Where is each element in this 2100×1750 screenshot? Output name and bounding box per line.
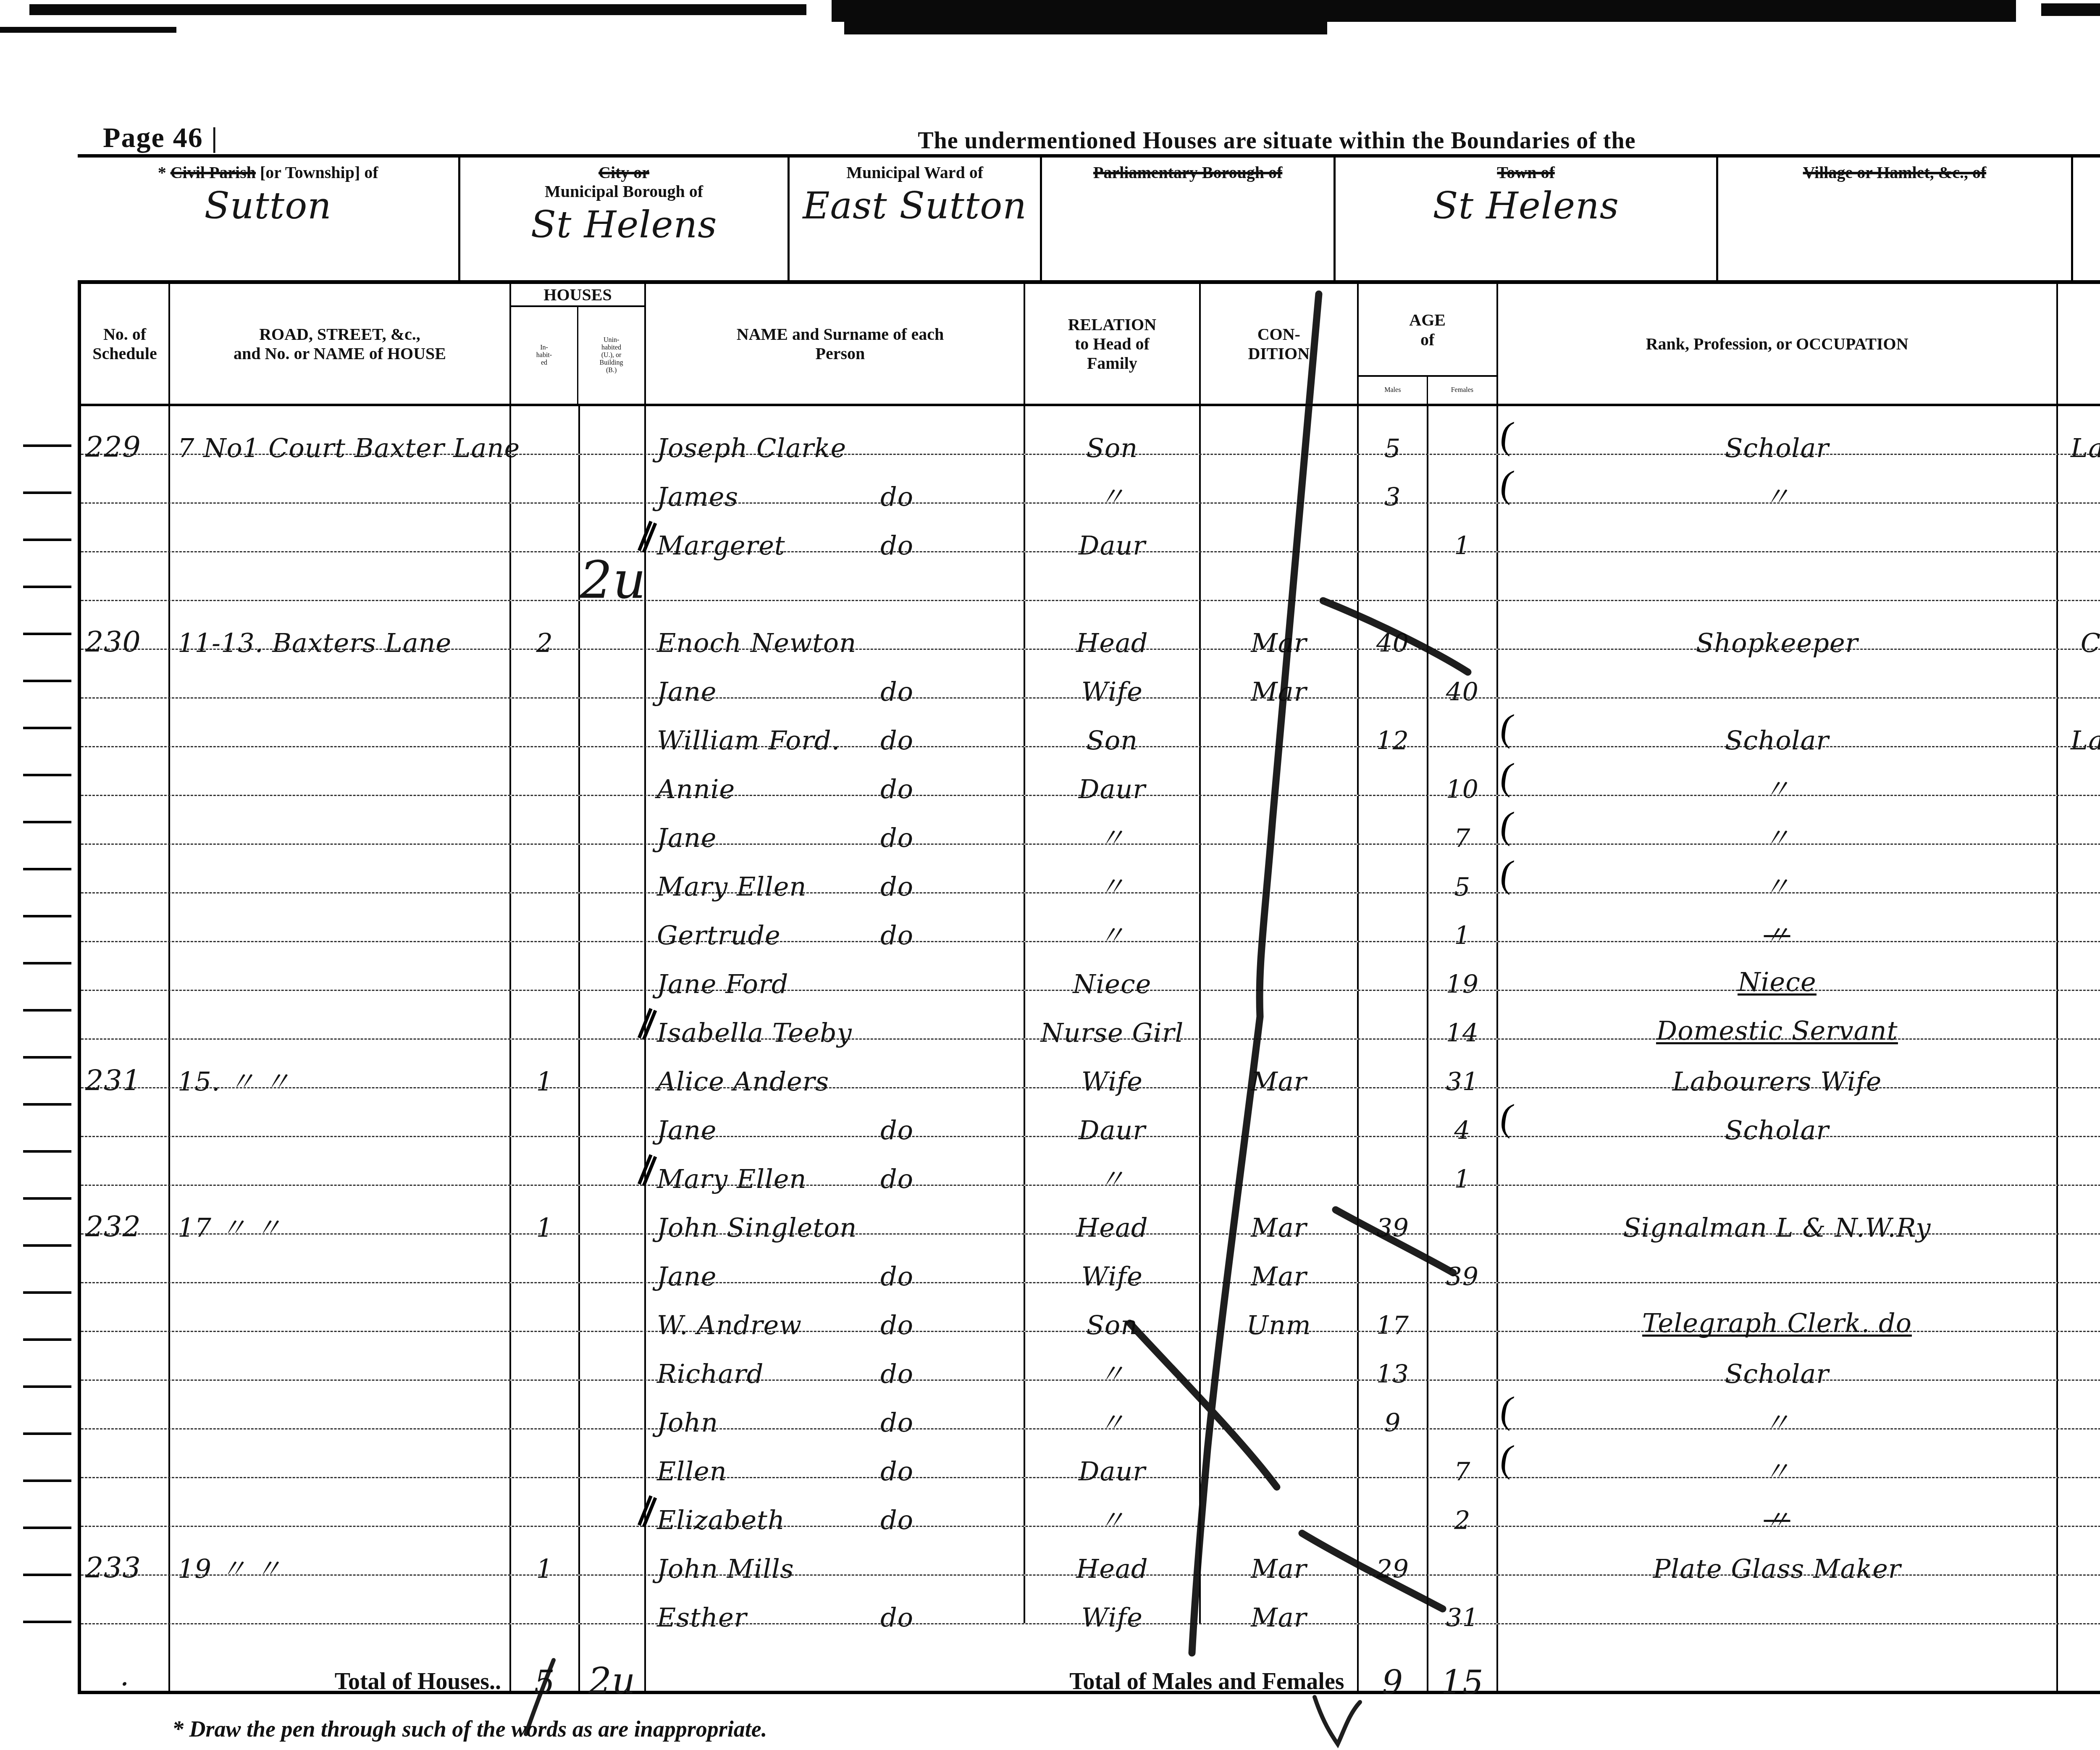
where-born-cell: 〃〃 [2058,455,2100,502]
inhabited-cell: 2 [511,601,580,649]
occupation-cell: (〃 [1498,455,2058,502]
relation-cell: Wife [1025,1576,1201,1623]
age-male-cell: 40 [1359,601,1429,649]
table-row: JanedoWifeMar39〃Birtle [81,1235,2100,1283]
schedule-cell [81,942,170,990]
enumerator-tick-mark: ( [1497,1094,1516,1140]
where-born-cell: 〃Warrington [2058,942,2100,990]
condition-cell: Mar [1201,1040,1359,1087]
scan-artifact [0,27,176,33]
scan-artifact [844,20,1327,34]
road-cell [170,504,511,551]
condition-cell: Mar [1201,1527,1359,1574]
census-page-scan: ▼ ▼ Page 46 | The undermentioned Houses … [0,0,2100,1750]
schedule-cell [81,455,170,502]
where-born-cell: 〃〃 [2058,1088,2100,1136]
age-female-cell [1428,406,1498,454]
uninhabited-cell [580,1381,646,1428]
inhabited-cell [511,455,580,502]
relation-cell: 〃 [1025,455,1201,502]
road-cell: 7 No1 Court Baxter Lane [170,406,511,454]
inhabited-cell [511,991,580,1038]
condition-cell [1201,845,1359,892]
relation-cell: Son [1025,699,1201,746]
uninhabited-cell [580,455,646,502]
age-male-cell [1359,1478,1429,1526]
condition-cell [1201,1137,1359,1185]
uninhabited-cell [580,747,646,795]
occupation-cell: Domestic Servant [1498,991,2058,1038]
schedule-cell [81,991,170,1038]
table-row: 23011-13. Baxters Lane2Enoch NewtonHeadM… [81,601,2100,650]
relation-cell: Wife [1025,1040,1201,1087]
relation-cell: Daur [1025,504,1201,551]
relation-cell: Daur [1025,1088,1201,1136]
road-cell [170,1429,511,1477]
table-row: Jamesdo〃3(〃〃〃 [81,455,2100,504]
age-male-cell: 3 [1359,455,1429,502]
road-cell [170,1235,511,1282]
age-male-cell: 39 [1359,1186,1429,1233]
census-form: Page 46 | The undermentioned Houses are … [78,99,2100,1742]
inhabited-cell [511,942,580,990]
table-row: William Ford.doSon12(ScholarLancashireLi… [81,699,2100,747]
inhabited-cell [511,796,580,843]
schedule-cell [81,1429,170,1477]
col-header-name: NAME and Surname of each Person [646,284,1025,404]
inhabited-cell [511,845,580,892]
road-cell [170,747,511,795]
schedule-cell: 231 [81,1040,170,1087]
uninhabited-cell [580,1186,646,1233]
col-header-relation: RELATION to Head of Family [1025,284,1201,404]
age-female-cell [1428,601,1498,649]
occupation-cell: 〃 [1498,1478,2058,1526]
relation-cell: 〃 [1025,1478,1201,1526]
age-male-cell [1359,747,1429,795]
location-box-label: Town of [1497,163,1554,182]
age-male-cell [1359,1088,1429,1136]
where-born-cell: CheshirePlumbly [2058,601,2100,649]
uninhabited-cell [580,650,646,697]
where-born-cell [2058,552,2100,600]
where-born-cell: 〃〃 [2058,504,2100,551]
condition-cell: Mar [1201,1235,1359,1282]
where-born-cell: 〃〃 [2058,845,2100,892]
schedule-cell: 229 [81,406,170,454]
uninhabited-cell [580,942,646,990]
where-born-cell: 〃Birtle [2058,1235,2100,1282]
age-male-cell [1359,1137,1429,1185]
age-female-cell: 39 [1428,1235,1498,1282]
age-male-cell [1359,650,1429,697]
totals-females: 15 [1428,1624,1498,1691]
uninhabited-cell [580,796,646,843]
enumerator-tick-mark: ( [1497,801,1516,847]
age-female-cell [1428,699,1498,746]
col-header-condition: CON- DITION [1201,284,1359,404]
schedule-cell [81,796,170,843]
inhabited-cell [511,1235,580,1282]
where-born-cell: 〃Windle [2058,1040,2100,1087]
condition-cell [1201,1478,1359,1526]
road-cell [170,1283,511,1331]
schedule-cell [81,552,170,600]
name-cell: ∥Mary Ellendo [646,1137,1025,1185]
road-cell [170,1332,511,1380]
location-box-value: St Helens [531,203,717,246]
name-cell: Richarddo [646,1332,1025,1380]
road-cell: 19 〃 〃 [170,1527,511,1574]
scan-artifact [29,4,806,15]
road-cell [170,455,511,502]
name-cell: Janedo [646,796,1025,843]
table-row: 23217 〃 〃1John SingletonHeadMar39Signalm… [81,1186,2100,1235]
occupation-cell [1498,552,2058,600]
inhabited-cell [511,1283,580,1331]
where-born-cell: 〃Sutton [2058,747,2100,795]
name-cell: ∥Margeretdo [646,504,1025,551]
uninhabited-cell [580,699,646,746]
occupation-cell [1498,1137,2058,1185]
table-row: JanedoDaur4(Scholar〃〃 [81,1088,2100,1137]
condition-cell [1201,796,1359,843]
inhabited-cell [511,893,580,941]
schedule-cell [81,504,170,551]
location-box-label: City or [598,163,649,182]
schedule-cell [81,699,170,746]
name-cell: Alice Anders [646,1040,1025,1087]
occupation-cell: 〃 [1498,893,2058,941]
where-born-cell: 〃Preston [2058,1332,2100,1380]
road-cell [170,1576,511,1623]
inhabited-cell [511,699,580,746]
name-cell: John Singleton [646,1186,1025,1233]
relation-cell: 〃 [1025,893,1201,941]
uninhabited-cell [580,893,646,941]
where-born-cell: 〃〃 [2058,1576,2100,1623]
schedule-cell [81,845,170,892]
road-cell [170,796,511,843]
occupation-cell: (〃 [1498,845,2058,892]
schedule-cell [81,1137,170,1185]
name-cell: Ellendo [646,1429,1025,1477]
name-cell: ∥Elizabethdo [646,1478,1025,1526]
location-box-label: [or Township] of [256,163,378,182]
location-box-5: Village or Hamlet, &c., of [1718,158,2073,280]
location-box-value: St Helens [1433,184,1619,227]
col-header-inhabited: In- habit- ed [511,307,578,404]
col-header-road: ROAD, STREET, &c., and No. or NAME of HO… [170,284,511,404]
occupation-cell [1498,1235,2058,1282]
occupation-cell [1498,650,2058,697]
relation-cell: Son [1025,406,1201,454]
name-cell: Jane Ford [646,942,1025,990]
totals-empty-born [2058,1624,2100,1691]
table-row: Richarddo〃13Scholar〃Preston [81,1332,2100,1381]
road-cell: 15. 〃 〃 [170,1040,511,1087]
col-header-males: Males [1359,377,1428,404]
enumerator-tick-mark: ( [1497,1435,1516,1481]
uninhabited-cell [580,1088,646,1136]
schedule-cell [81,1381,170,1428]
schedule-cell [81,747,170,795]
relation-cell: Niece [1025,942,1201,990]
age-male-cell: 5 [1359,406,1429,454]
name-cell: Gertrudedo [646,893,1025,941]
relation-cell: Wife [1025,650,1201,697]
age-female-cell: 1 [1428,1137,1498,1185]
occupation-cell: (〃 [1498,796,2058,843]
uninhabited-cell [580,1429,646,1477]
uninhabited-cell [580,406,646,454]
name-cell: W. Andrewdo [646,1283,1025,1331]
age-female-cell: 1 [1428,893,1498,941]
location-box-label: Village or Hamlet, &c., of [1803,163,1987,182]
where-born-cell: 〃Sutton [2058,1429,2100,1477]
condition-cell [1201,1429,1359,1477]
relation-cell: 〃 [1025,1137,1201,1185]
binding-stubs [23,400,71,1656]
inhabited-cell [511,552,580,600]
uninhabited-cell [580,1283,646,1331]
location-box-value: Sutton [204,184,331,227]
road-cell: 17 〃 〃 [170,1186,511,1233]
inhabited-cell: 1 [511,1186,580,1233]
relation-cell: Head [1025,1186,1201,1233]
inhabited-cell [511,1429,580,1477]
table-row: Gertrudedo〃1〃〃〃 [81,893,2100,942]
enumerator-tick-mark: ( [1497,850,1516,896]
schedule-cell: 230 [81,601,170,649]
table-header-row: No. of Schedule ROAD, STREET, &c., and N… [81,284,2100,406]
road-cell [170,991,511,1038]
condition-cell [1201,504,1359,551]
age-female-cell [1428,455,1498,502]
occupation-cell [1498,504,2058,551]
name-cell: Janedo [646,650,1025,697]
road-cell [170,1478,511,1526]
table-row: Jane FordNiece19Niece〃Warrington [81,942,2100,991]
location-box-0: * Civil Parish [or Township] ofSutton [78,158,460,280]
enumeration-table: No. of Schedule ROAD, STREET, &c., and N… [78,280,2100,1694]
where-born-cell: 〃Lea Green. Preston [2058,1283,2100,1331]
relation-cell: 〃 [1025,1332,1201,1380]
condition-cell [1201,552,1359,600]
condition-cell [1201,893,1359,941]
inhabited-cell [511,406,580,454]
relation-cell: 〃 [1025,796,1201,843]
uninhabited-cell: 2u [580,552,646,600]
enumerator-tick-mark: ( [1497,460,1516,506]
occupation-cell: (〃 [1498,1429,2058,1477]
totals-empty-occupation [1498,1624,2058,1691]
condition-cell [1201,699,1359,746]
condition-cell [1201,1332,1359,1380]
location-box-1: City orMunicipal Borough ofSt Helens [460,158,790,280]
where-born-cell: 〃Struing Nr Preston [2058,1186,2100,1233]
col-header-females: Females [1428,377,1496,404]
road-cell [170,650,511,697]
occupation-cell: Signalman L & N.W.Ry [1498,1186,2058,1233]
condition-cell [1201,1088,1359,1136]
age-male-cell [1359,942,1429,990]
age-female-cell: 2 [1428,1478,1498,1526]
name-cell: Enoch Newton [646,601,1025,649]
road-cell [170,1137,511,1185]
relation-cell: 〃 [1025,845,1201,892]
location-box-3: Parliamentary Borough of [1042,158,1336,280]
location-header-band: * Civil Parish [or Township] ofSuttonCit… [78,154,2100,280]
location-box-label: Parliamentary Borough of [1093,163,1282,182]
inhabited-cell [511,747,580,795]
scan-artifact [832,0,2016,22]
age-female-cell: 31 [1428,1040,1498,1087]
age-female-cell: 40 [1428,650,1498,697]
relation-cell: Wife [1025,1235,1201,1282]
age-female-cell [1428,1283,1498,1331]
schedule-cell [81,1576,170,1623]
uninhabited-cell [580,1332,646,1380]
condition-cell [1201,747,1359,795]
relation-cell: Daur [1025,1429,1201,1477]
where-born-cell: 〃Sutton [2058,1137,2100,1185]
age-male-cell: 12 [1359,699,1429,746]
where-born-cell: 〃〃 [2058,893,2100,941]
col-header-schedule: No. of Schedule [81,284,170,404]
totals-males: 9 [1359,1624,1429,1691]
occupation-cell [1498,1576,2058,1623]
enumerator-tick-mark: ( [1497,1386,1516,1432]
page-number: Page 46 | [103,121,218,154]
form-title-row: Page 46 | The undermentioned Houses are … [78,99,2100,154]
relation-cell [1025,552,1201,600]
schedule-cell: 232 [81,1186,170,1233]
inhabited-cell [511,650,580,697]
condition-cell [1201,942,1359,990]
where-born-cell: LancashireSutton [2058,406,2100,454]
location-box-label: Municipal Borough of [545,182,703,201]
age-female-cell: 10 [1428,747,1498,795]
road-cell [170,893,511,941]
road-cell [170,699,511,746]
totals-houses-label: Total of Houses.. [170,1624,511,1691]
age-male-cell [1359,796,1429,843]
form-title: The undermentioned Houses are situate wi… [218,127,2100,154]
inhabited-cell [511,1332,580,1380]
schedule-cell [81,1478,170,1526]
road-cell [170,1381,511,1428]
name-cell: Estherdo [646,1576,1025,1623]
age-male-cell [1359,1429,1429,1477]
relation-cell: Head [1025,1527,1201,1574]
occupation-cell: Shopkeeper [1498,601,2058,649]
schedule-cell: 233 [81,1527,170,1574]
col-header-uninhabited: Unin- habited (U.), or Building (B.) [578,307,644,404]
enumerator-tick-mark: ( [1497,412,1516,457]
table-row: ∥Mary Ellendo〃1〃Sutton [81,1137,2100,1186]
road-cell [170,552,511,600]
table-body: 2297 No1 Court Baxter LaneJoseph ClarkeS… [81,406,2100,1624]
where-born-cell: 〃〃 [2058,1478,2100,1526]
where-born-cell: 〃Latchford [2058,650,2100,697]
age-male-cell [1359,1040,1429,1087]
inhabited-cell [511,1137,580,1185]
location-box-value: East Sutton [803,184,1027,227]
col-header-occupation: Rank, Profession, or OCCUPATION [1498,284,2058,404]
totals-inhabited: 5 [511,1624,580,1691]
inhabited-cell: 1 [511,1040,580,1087]
totals-schedule-cell: · [81,1624,170,1691]
relation-cell: Son [1025,1283,1201,1331]
age-female-cell: 5 [1428,845,1498,892]
age-female-cell [1428,1381,1498,1428]
relation-cell: Head [1025,601,1201,649]
condition-cell [1201,1381,1359,1428]
inhabited-cell: 1 [511,1527,580,1574]
occupation-cell: (〃 [1498,1381,2058,1428]
age-female-cell: 4 [1428,1088,1498,1136]
location-box-label: * [158,163,171,182]
inhabited-cell [511,1478,580,1526]
schedule-cell [81,1088,170,1136]
name-cell: John Mills [646,1527,1025,1574]
occupation-cell: Niece [1498,942,2058,990]
footnote: * Draw the pen through such of the words… [172,1716,2100,1742]
inhabited-cell [511,504,580,551]
table-row: AnniedoDaur10(〃〃Sutton [81,747,2100,796]
condition-cell: Mar [1201,1186,1359,1233]
age-female-cell: 7 [1428,796,1498,843]
condition-cell: Mar [1201,601,1359,649]
schedule-cell [81,1332,170,1380]
uninhabited-cell [580,845,646,892]
age-male-cell: 13 [1359,1332,1429,1380]
condition-cell: Mar [1201,1576,1359,1623]
table-row: W. AndrewdoSonUnm17Telegraph Clerk. do〃L… [81,1283,2100,1332]
uninhabited-cell [580,1235,646,1282]
uninhabited-cell [580,1527,646,1574]
table-row: Janedo〃7(〃〃〃 [81,796,2100,845]
location-box-2: Municipal Ward ofEast Sutton [790,158,1042,280]
schedule-cell [81,1283,170,1331]
totals-uninhabited: 2u [580,1624,646,1691]
table-row: Mary Ellendo〃5(〃〃〃 [81,845,2100,893]
road-cell [170,942,511,990]
road-cell: 11-13. Baxters Lane [170,601,511,649]
age-female-cell [1428,552,1498,600]
col-header-age: AGE of Males Females [1359,284,1498,404]
occupation-cell: (Scholar [1498,406,2058,454]
age-male-cell [1359,504,1429,551]
age-female-cell [1428,1332,1498,1380]
name-cell: Janedo [646,1088,1025,1136]
name-cell: Johndo [646,1381,1025,1428]
where-born-cell: LancashireLiverpool [2058,699,2100,746]
age-female-cell: 31 [1428,1576,1498,1623]
condition-cell [1201,455,1359,502]
occupation-cell: (Scholar [1498,1088,2058,1136]
relation-cell: Daur [1025,747,1201,795]
age-female-cell [1428,1527,1498,1574]
age-male-cell: 17 [1359,1283,1429,1331]
name-cell: Anniedo [646,747,1025,795]
col-header-where-born: WHERE BORN [2058,284,2100,404]
col-header-houses: HOUSES In- habit- ed Unin- habited (U.),… [511,284,646,404]
age-female-cell [1428,1186,1498,1233]
name-cell: William Ford.do [646,699,1025,746]
table-row: ∥Elizabethdo〃2〃〃〃 [81,1478,2100,1527]
